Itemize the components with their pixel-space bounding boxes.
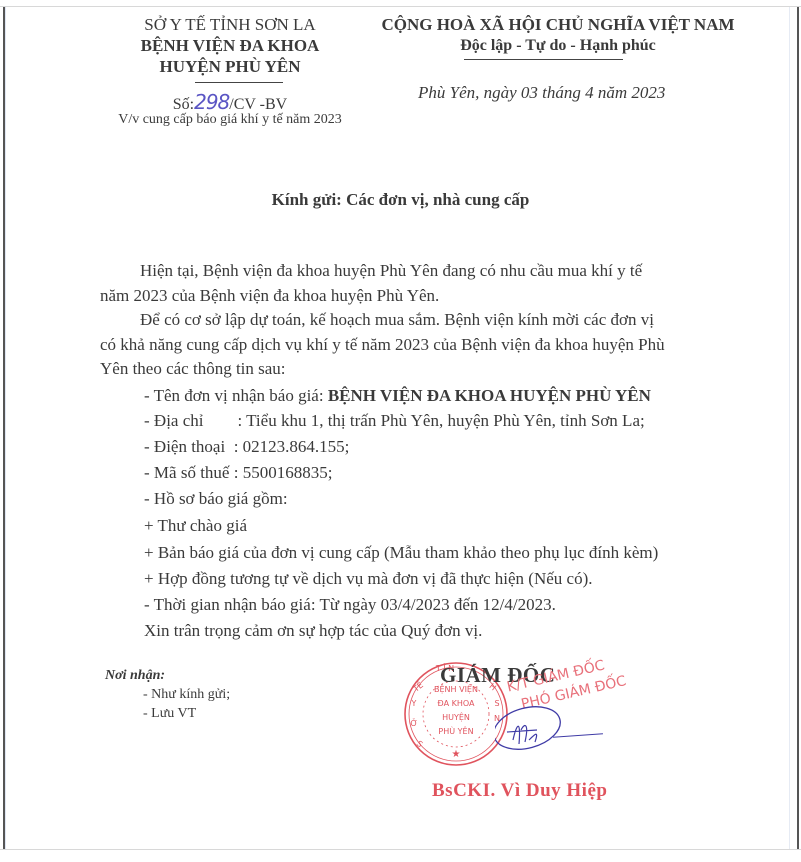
svg-text:HUYỆN: HUYỆN [442, 711, 470, 723]
page-frame-right [797, 7, 799, 849]
paragraph-1-line-2: năm 2023 của Bệnh viện đa khoa huyện Phù… [100, 283, 439, 308]
motto-underline [464, 59, 623, 60]
page-frame-top [0, 6, 801, 7]
svg-text:Ở: Ở [410, 717, 417, 728]
issuer-underline [195, 82, 283, 83]
page-frame-left-shadow [5, 7, 6, 849]
dossier-item: + Hợp đồng tương tự về dịch vụ mà đơn vị… [144, 566, 593, 591]
dossier-item: + Bản báo giá của đơn vị cung cấp (Mẫu t… [144, 540, 658, 565]
recipients-list-item: - Lưu VT [143, 706, 196, 722]
info-item-address: - Địa chỉ : Tiểu khu 1, thị trấn Phù Yên… [144, 408, 645, 433]
paragraph-1-line-1: Hiện tại, Bệnh viện đa khoa huyện Phù Yê… [140, 258, 642, 283]
info-value: : 02123.864.155; [234, 437, 350, 456]
svg-text:TẾ: TẾ [410, 678, 426, 694]
thanks-line: Xin trân trọng cảm ơn sự hợp tác của Quý… [144, 618, 482, 643]
page-frame-right-shadow [789, 7, 790, 849]
info-value: BỆNH VIỆN ĐA KHOA HUYỆN PHÙ YÊN [328, 386, 651, 405]
page-frame-bottom [0, 849, 801, 850]
recipient-line: Kính gửi: Các đơn vị, nhà cung cấp [0, 190, 801, 210]
document-date: Phù Yên, ngày 03 tháng 4 năm 2023 [418, 83, 665, 103]
document-number-label: Số: [173, 96, 194, 113]
info-item-unit: - Tên đơn vị nhận báo giá: BỆNH VIỆN ĐA … [144, 383, 651, 408]
national-title: CỘNG HOÀ XÃ HỘI CHỦ NGHĨA VIỆT NAM [348, 14, 768, 35]
info-label: - Điện thoại [144, 437, 234, 456]
info-label: - Địa chỉ [144, 411, 237, 430]
document-subject: V/v cung cấp báo giá khí y tế năm 2023 [100, 112, 360, 128]
recipients-list-title: Nơi nhận: [105, 668, 165, 684]
document-number: Số:298/CV -BV [100, 90, 360, 114]
handwritten-signature-icon [495, 700, 615, 760]
issuer-header: SỞ Y TẾ TỈNH SƠN LA BỆNH VIỆN ĐA KHOA HU… [100, 14, 360, 77]
dossier-item: + Thư chào giá [144, 513, 247, 538]
document-number-suffix: /CV -BV [229, 96, 287, 113]
issuer-department: SỞ Y TẾ TỈNH SƠN LA [100, 14, 360, 35]
svg-text:PHÙ YÊN: PHÙ YÊN [438, 725, 473, 736]
info-item-tax: - Mã số thuế : 5500168835; [144, 460, 332, 485]
deadline-line: - Thời gian nhận báo giá: Từ ngày 03/4/2… [144, 592, 556, 617]
info-label: - Hồ sơ báo giá gồm: [144, 489, 288, 508]
paragraph-2-line-2: có khả năng cung cấp dịch vụ khí y tế nă… [100, 332, 665, 357]
national-motto: Độc lập - Tự do - Hạnh phúc [348, 35, 768, 56]
paragraph-2-line-1: Để có cơ sở lập dự toán, kế hoạch mua sắ… [140, 307, 654, 332]
national-header: CỘNG HOÀ XÃ HỘI CHỦ NGHĨA VIỆT NAM Độc l… [348, 14, 768, 56]
info-label: - Mã số thuế [144, 463, 234, 482]
info-label: - Tên đơn vị nhận báo giá: [144, 386, 328, 405]
issuer-hospital: BỆNH VIỆN ĐA KHOA [100, 35, 360, 56]
info-value: : Tiểu khu 1, thị trấn Phù Yên, huyện Ph… [237, 411, 644, 430]
svg-text:★: ★ [452, 749, 461, 760]
info-item-dossier: - Hồ sơ báo giá gồm: [144, 486, 288, 511]
info-item-phone: - Điện thoại : 02123.864.155; [144, 434, 349, 459]
recipients-list-item: - Như kính gửi; [143, 687, 230, 703]
info-value: : 5500168835; [234, 463, 333, 482]
issuer-district: HUYỆN PHÙ YÊN [100, 56, 360, 77]
paragraph-2-line-3: Yên theo các thông tin sau: [100, 356, 286, 381]
signer-name: BsCKI. Vì Duy Hiệp [432, 780, 607, 802]
svg-text:Y: Y [411, 699, 417, 708]
svg-text:ĐA KHOA: ĐA KHOA [438, 699, 475, 708]
document-number-handwritten: 298 [194, 90, 229, 114]
